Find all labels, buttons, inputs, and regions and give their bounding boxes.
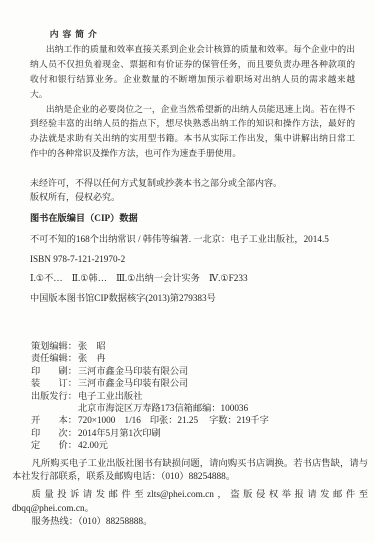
content-summary-section: 内容简介 出纳工作的质量和效率直接关系到企业会计核算的质量和效率。每个企业中的出… <box>30 27 355 161</box>
cip-data-section: 图书在版编目（CIP）数据 不可不知的168个出纳常识 / 韩伟等编著. 一北京… <box>30 212 360 312</box>
pub-value: 张 昭 <box>78 340 106 352</box>
complaint-email-notice: 质量投诉请发邮件至zlts@phei.com.cn，盗版侵权举报请发邮件至dbq… <box>12 489 368 515</box>
copyright-notice-line: 未经许可，不得以任何方式复制或抄袭本书之部分或全部内容。 <box>30 177 355 191</box>
cip-book-entry: 不可不知的168个出纳常识 / 韩伟等编著. 一北京：电子工业出版社，2014.… <box>30 234 360 245</box>
pub-value: 张 冉 <box>78 352 106 364</box>
cip-heading: 图书在版编目（CIP）数据 <box>30 212 360 224</box>
postcode: 邮编：100036 <box>193 402 248 414</box>
print-run-value: 2014年5月第1次印刷 <box>78 427 161 439</box>
cip-classification: Ⅰ.①不… Ⅱ.①韩… Ⅲ.①出纳一会计实务 Ⅳ.①F233 <box>30 273 360 284</box>
pub-label-spacer <box>31 402 78 414</box>
publication-info-section: 策划编辑： 张 昭 责任编辑： 张 冉 印 刷： 三河市鑫金马印装有限公司 装 … <box>31 340 367 452</box>
pub-row-address: 北京市海淀区万寿路173信箱 邮编：100036 <box>31 402 367 414</box>
pub-label: 出版发行： <box>31 390 78 402</box>
book-format-size: 720×1000 1/16 <box>78 414 141 426</box>
pub-row-responsible-editor: 责任编辑： 张 冉 <box>31 352 367 364</box>
pub-row-binder: 装 订： 三河市鑫金马印装有限公司 <box>31 377 367 389</box>
pub-label: 印 次： <box>31 427 78 439</box>
pub-value: 电子工业出版社 <box>78 390 142 402</box>
copyright-notice-section: 未经许可，不得以任何方式复制或抄袭本书之部分或全部内容。 版权所有，侵权必究。 <box>30 177 355 204</box>
book-copyright-page: 内容简介 出纳工作的质量和效率直接关系到企业会计核算的质量和效率。每个企业中的出… <box>0 0 375 543</box>
pub-row-format: 开 本： 720×1000 1/16 印张：21.25 字数：219千字 <box>31 414 367 426</box>
pub-label: 开 本： <box>31 414 78 426</box>
pub-label: 装 订： <box>31 377 78 389</box>
price-value: 42.00元 <box>78 439 108 451</box>
printed-sheets: 印张：21.25 <box>150 414 198 426</box>
purchase-service-notice-section: 凡所购买电子工业出版社图书有缺损问题，请向购买书店调换。若书店售缺，请与本社发行… <box>12 458 368 529</box>
service-hotline: 服务热线：（010）88258888。 <box>12 516 368 529</box>
pub-value: 三河市鑫金马印装有限公司 <box>78 377 188 389</box>
content-summary-title: 内容简介 <box>30 27 355 42</box>
all-rights-reserved-line: 版权所有，侵权必究。 <box>30 191 355 205</box>
summary-paragraph: 出纳工作的质量和效率直接关系到企业会计核算的质量和效率。每个企业中的出纳人员不仅… <box>30 42 355 102</box>
pub-row-printer: 印 刷： 三河市鑫金马印装有限公司 <box>31 365 367 377</box>
pub-label: 定 价： <box>31 439 78 451</box>
pub-row-planning-editor: 策划编辑： 张 昭 <box>31 340 367 352</box>
pub-row-print-run: 印 次： 2014年5月第1次印刷 <box>31 427 367 439</box>
isbn-number: ISBN 978-7-121-21970-2 <box>30 254 360 265</box>
word-count: 字数：219千字 <box>209 414 269 426</box>
pub-label: 策划编辑： <box>31 340 78 352</box>
pub-value: 三河市鑫金马印装有限公司 <box>78 365 188 377</box>
pub-row-publisher: 出版发行： 电子工业出版社 <box>31 390 367 402</box>
pub-row-price: 定 价： 42.00元 <box>31 439 367 451</box>
cip-record-number: 中国版本图书馆CIP数据核字(2013)第279383号 <box>30 293 360 304</box>
defect-exchange-notice: 凡所购买电子工业出版社图书有缺损问题，请向购买书店调换。若书店售缺，请与本社发行… <box>12 458 368 484</box>
pub-label: 责任编辑： <box>31 352 78 364</box>
publisher-address: 北京市海淀区万寿路173信箱 <box>78 402 193 414</box>
pub-label: 印 刷： <box>31 365 78 377</box>
summary-paragraph: 出纳是企业的必要岗位之一，企业当然希望新的出纳人员能迅速上岗。若在得不到经验丰富… <box>30 102 355 162</box>
